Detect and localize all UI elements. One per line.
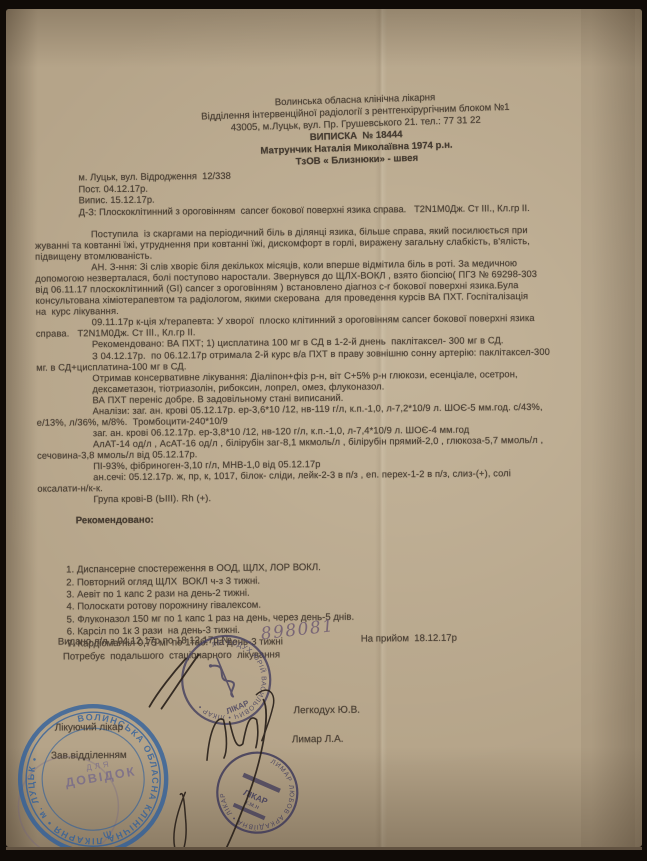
document-paper: Волинська обласна клінічна лікарня Відді…: [6, 9, 642, 847]
attending-doctor-label: Лікуючий лікар: [55, 722, 124, 734]
head-of-department-label: Зав.відділенням: [51, 750, 127, 762]
admission-block: м. Луцьк, вул. Відродження 12/338 Пост. …: [78, 167, 529, 217]
clinical-course-section: Поступила із скаргами на періодичний біл…: [35, 225, 551, 506]
photo-bottom-edge: [6, 847, 642, 850]
appointment-date: На прийом 18.12.17р: [361, 633, 457, 645]
document-content: Волинська обласна клінічна лікарня Відді…: [6, 9, 642, 847]
letterhead: Волинська обласна клінічна лікарня Відді…: [67, 86, 642, 175]
pen-signatures: [130, 599, 313, 847]
photo-of-discharge-summary: { "colors": { "paper": "#b5a489", "backg…: [0, 0, 647, 861]
